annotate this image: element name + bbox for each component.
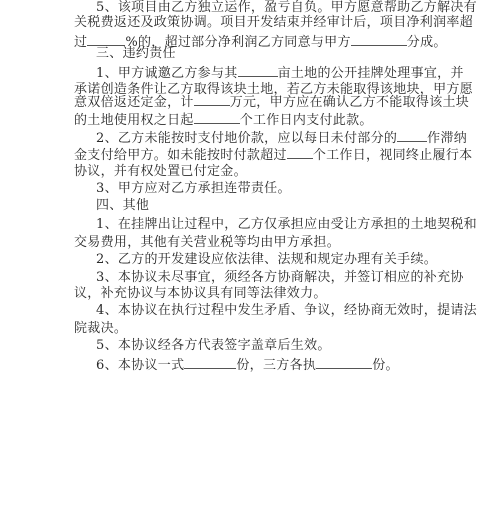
paragraph-line: 1、在挂牌出让过程中，乙方仅承担应由受让方承担的土地契税和 — [96, 217, 477, 233]
blank-field — [351, 33, 407, 46]
paragraph-line: 院裁决。 — [74, 321, 127, 337]
section-heading: 四、其他 — [96, 198, 149, 214]
paragraph-line: 1、甲方诚邀乙方参与其亩土地的公开挂牌处理事宜，并 — [96, 64, 464, 82]
paragraph-line: 3、甲方应对乙方承担连带责任。 — [96, 181, 291, 197]
paragraph-line: 6、本协议一式份，三方各执份。 — [96, 356, 399, 374]
paragraph-line: 关税费返还及政策协调。项目开发结束并经审计后，项目净利润率超 — [74, 15, 473, 31]
paragraph-line: 的土地使用权之日起个工作日内支付此款。 — [74, 111, 373, 129]
blank-field — [316, 356, 372, 369]
paragraph-line: 4、本协议在执行过程中发生矛盾、争议，经协商无效时，提请法 — [96, 303, 477, 319]
blank-field — [194, 111, 240, 124]
paragraph-line: 2、乙方未能按时支付地价款，应以每日未付部分的作滞纳 — [96, 129, 467, 147]
blank-field — [397, 129, 427, 142]
section-heading: 三、违约责任 — [96, 46, 176, 62]
blank-field — [287, 146, 313, 159]
document-page: 5、该项目由乙方独立运作，盈亏自负。甲方愿意帮助乙方解决有 关税费返还及政策协调… — [0, 0, 500, 517]
paragraph-line: 意双倍返还定金，计万元，甲方应在确认乙方不能取得该土块 — [74, 93, 469, 111]
paragraph-line: 协议，并有权处置已付定金。 — [74, 164, 247, 180]
paragraph-line: 交易费用，其他有关营业税等均由甲方承担。 — [74, 235, 340, 251]
blank-field — [238, 64, 278, 77]
paragraph-line: 2、乙方的开发建设应依法律、法规和规定办理有关手续。 — [96, 252, 437, 268]
paragraph-line: 5、该项目由乙方独立运作，盈亏自负。甲方愿意帮助乙方解决有 — [96, 0, 477, 16]
paragraph-line: 议，补充协议与本协议具有同等法律效力。 — [74, 286, 327, 302]
paragraph-line: 3、本协议未尽事宜，须经各方协商解决，并签订相应的补充协 — [96, 270, 464, 286]
paragraph-line: 金支付给甲方。如未能按时付款超过个工作日，视同终止履行本 — [74, 146, 472, 164]
blank-field — [87, 33, 125, 46]
paragraph-line: 5、本协议经各方代表签字盖章后生效。 — [96, 338, 331, 354]
blank-field — [184, 356, 236, 369]
blank-field — [194, 93, 230, 106]
